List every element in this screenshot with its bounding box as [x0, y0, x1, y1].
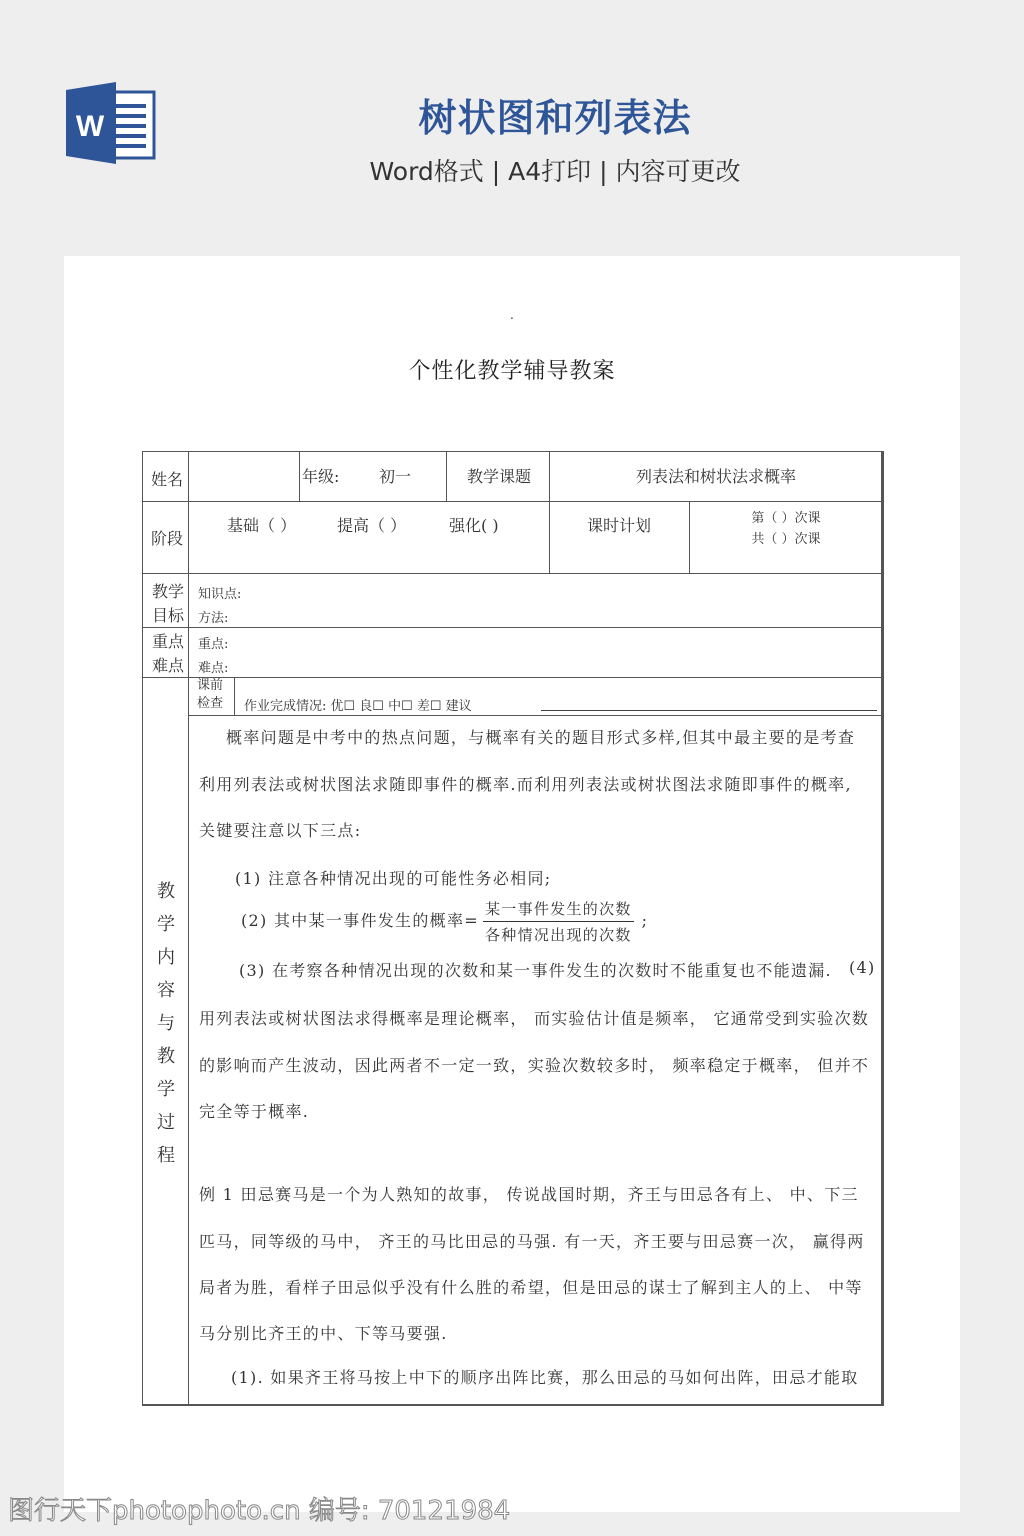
- stage-intensive-option[interactable]: 强化( ): [449, 513, 499, 536]
- method: 方法:: [198, 607, 228, 626]
- name-field[interactable]: [190, 454, 297, 499]
- teaching-process-label: 教 学 内 容 与 教 学 过 程: [145, 875, 187, 1172]
- content-line: 完全等于概率.: [199, 1099, 309, 1122]
- content-line: 的影响而产生波动，因此两者不一定一致，实验次数较多时， 频率稳定于概率， 但并不: [199, 1053, 869, 1076]
- lesson-number: 第（ ）次课: [691, 507, 881, 526]
- content-line: 利用列表法或树状图法求随即事件的概率.而利用列表法或树状图法求随即事件的概率,: [199, 772, 852, 795]
- example-line: 例 1 田忌赛马是一个为人熟知的故事， 传说战国时期，齐王与田忌各有上、 中、下…: [199, 1182, 859, 1205]
- stage-advanced-option[interactable]: 提高（ ）: [337, 513, 406, 536]
- example-line: (1). 如果齐王将马按上中下的顺序出阵比赛，那么田忌的马如何出阵，田忌才能取: [231, 1365, 859, 1388]
- banner-subtitle: Word格式 | A4打印 | 内容可更改: [340, 152, 770, 192]
- key-point: 重点:: [198, 633, 228, 652]
- svg-text:W: W: [76, 110, 105, 143]
- content-line: (3) 在考察各种情况出现的次数和某一事件发生的次数时不能重复也不能遗漏.: [239, 958, 832, 981]
- watermark: 图行天下photophoto.cn 编号: 70121984: [8, 1490, 510, 1527]
- lesson-plan-table: 姓名 年级: 初一 教学课题 列表法和树状法求概率 阶段 基础（ ） 提高（ ）…: [142, 451, 884, 1406]
- content-line: (4): [849, 958, 876, 977]
- content-line: 关键要注意以下三点:: [199, 818, 361, 841]
- probability-formula: (2) 其中某一事件发生的概率=某一事件发生的次数各种情况出现的次数;: [241, 898, 648, 945]
- precheck-label: 课前 检查: [197, 677, 223, 713]
- content-line: 概率问题是中考中的热点问题，与概率有关的题目形式多样,但其中最主要的是考查: [226, 725, 855, 748]
- topic-label: 教学课题: [449, 464, 549, 487]
- example-line: 局者为胜，看样子田忌似乎没有什么胜的希望，但是田忌的谋士了解到主人的上、 中等: [199, 1275, 863, 1298]
- stage-label: 阶段: [151, 526, 183, 549]
- content-line: (1) 注意各种情况出现的可能性务必相同;: [235, 866, 551, 889]
- document-title: 个性化教学辅导教案: [64, 354, 960, 385]
- content-line: 用列表法或树状图法求得概率是理论概率， 而实验估计值是频率， 它通常受到实验次数: [199, 1006, 869, 1029]
- word-document-icon: W: [66, 82, 156, 164]
- topic-value: 列表法和树状法求概率: [551, 464, 881, 487]
- difficulty: 难点:: [198, 657, 228, 676]
- grade-label: 年级:: [302, 464, 339, 487]
- knowledge-point: 知识点:: [198, 583, 241, 602]
- page-marker: .: [510, 308, 514, 322]
- grade-value: 初一: [379, 464, 411, 487]
- lesson-plan-label: 课时计划: [551, 513, 687, 536]
- lesson-total: 共（ ）次课: [691, 528, 881, 547]
- example-line: 马分别比齐王的中、下等马要强.: [199, 1321, 448, 1344]
- fraction: 某一事件发生的次数各种情况出现的次数: [483, 898, 634, 945]
- banner-title: 树状图和列表法: [340, 92, 770, 144]
- teaching-goal-label-2: 目标: [152, 603, 184, 626]
- key-difficulty-label-1: 重点: [152, 629, 184, 652]
- document-page: . 个性化教学辅导教案 姓名 年级: 初一 教学课题 列表法和树状法求概率 阶段…: [64, 256, 960, 1512]
- key-difficulty-label-2: 难点: [152, 653, 184, 676]
- name-label: 姓名: [151, 467, 183, 490]
- stage-basic-option[interactable]: 基础（ ）: [227, 513, 296, 536]
- teaching-goal-label-1: 教学: [152, 579, 184, 602]
- example-line: 匹马，同等级的马中， 齐王的马比田忌的马强. 有一天，齐王要与田忌赛一次， 赢得…: [199, 1229, 865, 1252]
- homework-status: 作业完成情况: 优☐ 良☐ 中☐ 差☐ 建议: [244, 695, 472, 714]
- suggestion-line[interactable]: [541, 710, 877, 711]
